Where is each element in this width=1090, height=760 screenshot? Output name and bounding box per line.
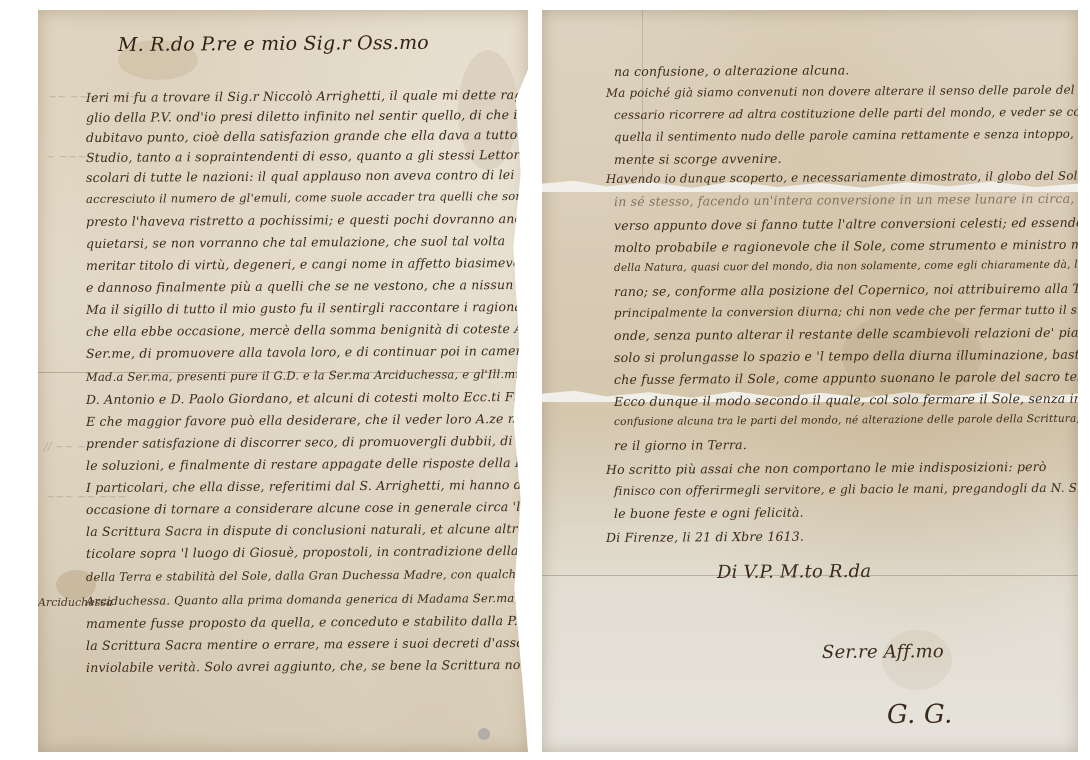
manuscript-line: na confusione, o alterazione alcuna. (614, 62, 850, 79)
letter-salutation: M. R.do P.re e mio Sig.r Oss.mo (118, 32, 429, 56)
manuscript-line: scolari di tutte le nazioni: il qual app… (86, 167, 515, 185)
manuscript-line-damaged: in sé stesso, facendo un'intera conversi… (614, 191, 1074, 209)
manuscript-line: Ma poiché già siamo convenuti non dovere… (606, 82, 1078, 100)
manuscript-line: inviolabile verità. Solo avrei aggiunto,… (86, 657, 528, 675)
manuscript-line: occasione di tornare a considerare alcun… (86, 499, 528, 517)
manuscript-line: Arciduchessa. Quanto alla prima domanda … (86, 590, 528, 608)
manuscript-line: accresciuto il numero de gl'emuli, come … (86, 188, 528, 206)
manuscript-line: mente si scorge avvenire. (614, 151, 782, 167)
manuscript-line: Ho scritto più assai che non comportano … (606, 459, 1047, 477)
manuscript-line: glio della P.V. ond'io presi diletto inf… (86, 107, 528, 125)
manuscript-line: finisco con offerirmegli servitore, e gl… (614, 481, 1078, 498)
letter-date-line: Di Firenze, li 21 di Xbre 1613. (606, 529, 804, 545)
manuscript-line: meritar titolo di virtù, degeneri, e can… (86, 255, 528, 273)
manuscript-line: che fusse fermato il Sole, come appunto … (614, 369, 1078, 387)
letter-closing: Di V.P. M.to R.da (717, 561, 871, 583)
manuscript-line: solo si prolungasse lo spazio e 'l tempo… (614, 347, 1078, 365)
manuscript-line: D. Antonio e D. Paolo Giordano, et alcun… (86, 389, 528, 407)
manuscript-line: re il giorno in Terra. (614, 437, 747, 453)
manuscript-line: Ser.me, di promuovere alla tavola loro, … (86, 343, 528, 361)
manuscript-line: Studio, tanto a i sopraintendenti di ess… (86, 147, 528, 165)
manuscript-line: presto l'haveva ristretto a pochissimi; … (86, 211, 528, 229)
manuscript-line: Havendo io dunque scoperto, e necessaria… (606, 168, 1078, 186)
right-manuscript-leaf: na confusione, o alterazione alcuna. Ma … (542, 10, 1078, 752)
signature: G. G. (887, 700, 953, 730)
manuscript-line: della Terra e stabilità del Sole, dalla … (86, 566, 528, 584)
manuscript-line: la Scrittura Sacra in dispute di conclus… (86, 521, 528, 539)
small-stain (478, 728, 490, 740)
manuscript-line: onde, senza punto alterar il restante de… (614, 325, 1078, 343)
manuscript-line: verso appunto dove si fanno tutte l'altr… (614, 214, 1078, 233)
manuscript-line: della Natura, quasi cuor del mondo, dia … (614, 256, 1078, 274)
manuscript-line: Ieri mi fu a trovare il Sig.r Niccolò Ar… (86, 87, 528, 105)
left-manuscript-leaf: ~~ ~~~~ ~~~ ~ ~~~ ~~ // ~~ ~~~~ ~~~ ~~ ~… (38, 10, 528, 752)
manuscript-line: le buone feste e ogni felicità. (614, 505, 804, 521)
manuscript-line: Ma il sigillo di tutto il mio gusto fu i… (86, 299, 528, 317)
manuscript-line: Ecco dunque il modo secondo il quale, co… (614, 390, 1078, 409)
manuscript-line: confusione alcuna tra le parti del mondo… (614, 411, 1078, 428)
manuscript-line: e dannoso finalmente più a quelli che se… (86, 277, 528, 295)
manuscript-line: che ella ebbe occasione, mercè della som… (86, 321, 528, 339)
manuscript-line: molto probabile e ragionevole che il Sol… (614, 236, 1078, 255)
manuscript-line: principalmente la conversion diurna; chi… (614, 302, 1078, 320)
manuscript-line: I particolari, che ella disse, referitim… (86, 477, 528, 495)
manuscript-line: la Scrittura Sacra mentire o errare, ma … (86, 635, 528, 653)
manuscript-line: quella il sentimento nudo delle parole c… (614, 126, 1078, 144)
manuscript-line: cessario ricorrere ad altra costituzione… (614, 104, 1078, 122)
manuscript-line: rano; se, conforme alla posizione del Co… (614, 281, 1078, 299)
manuscript-line: mamente fusse proposto da quella, e conc… (86, 612, 528, 631)
manuscript-line: dubitavo punto, cioè della satisfazion g… (86, 127, 528, 145)
margin-note: Arciduchessa (38, 596, 113, 609)
manuscript-line: quietarsi, se non vorranno che tal emula… (86, 233, 505, 251)
manuscript-line: Mad.a Ser.ma, presenti pure il G.D. e la… (86, 366, 528, 384)
manuscript-line: E che maggior favore può ella desiderare… (86, 411, 528, 429)
manuscript-line: ticolare sopra 'l luogo di Giosuè, propo… (86, 543, 528, 561)
manuscript-line: le soluzioni, e finalmente di restare ap… (86, 455, 528, 473)
manuscript-line: prender satisfazione di discorrer seco, … (86, 433, 528, 451)
servant-formula: Ser.re Aff.mo (822, 641, 944, 663)
